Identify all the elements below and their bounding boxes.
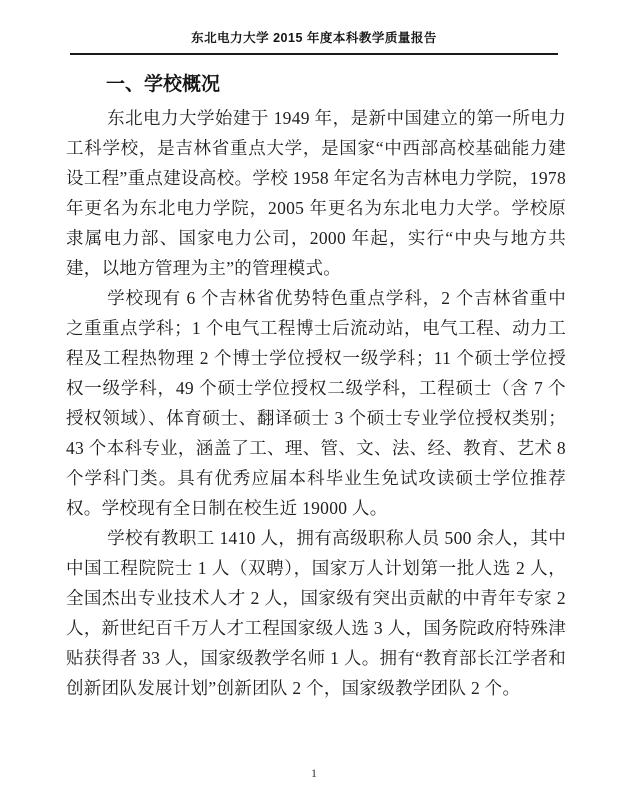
header-rule <box>70 53 558 55</box>
body-paragraph: 学校现有 6 个吉林省优势特色重点学科，2 个吉林省重中之重重点学科；1 个电气… <box>66 283 566 523</box>
document-page: 东北电力大学 2015 年度本科教学质量报告 一、学校概况 东北电力大学始建于 … <box>0 0 628 812</box>
section-heading: 一、学校概况 <box>106 73 566 97</box>
document-body: 一、学校概况 东北电力大学始建于 1949 年，是新中国建立的第一所电力工科学校… <box>66 73 566 703</box>
running-header-title: 东北电力大学 2015 年度本科教学质量报告 <box>191 31 437 45</box>
body-paragraph: 学校有教职工 1410 人，拥有高级职称人员 500 余人，其中中国工程院院士 … <box>66 523 566 703</box>
page-footer: 1 <box>0 764 628 782</box>
page-number: 1 <box>311 766 317 780</box>
running-header: 东北电力大学 2015 年度本科教学质量报告 <box>0 0 628 47</box>
body-paragraph: 东北电力大学始建于 1949 年，是新中国建立的第一所电力工科学校，是吉林省重点… <box>66 103 566 283</box>
